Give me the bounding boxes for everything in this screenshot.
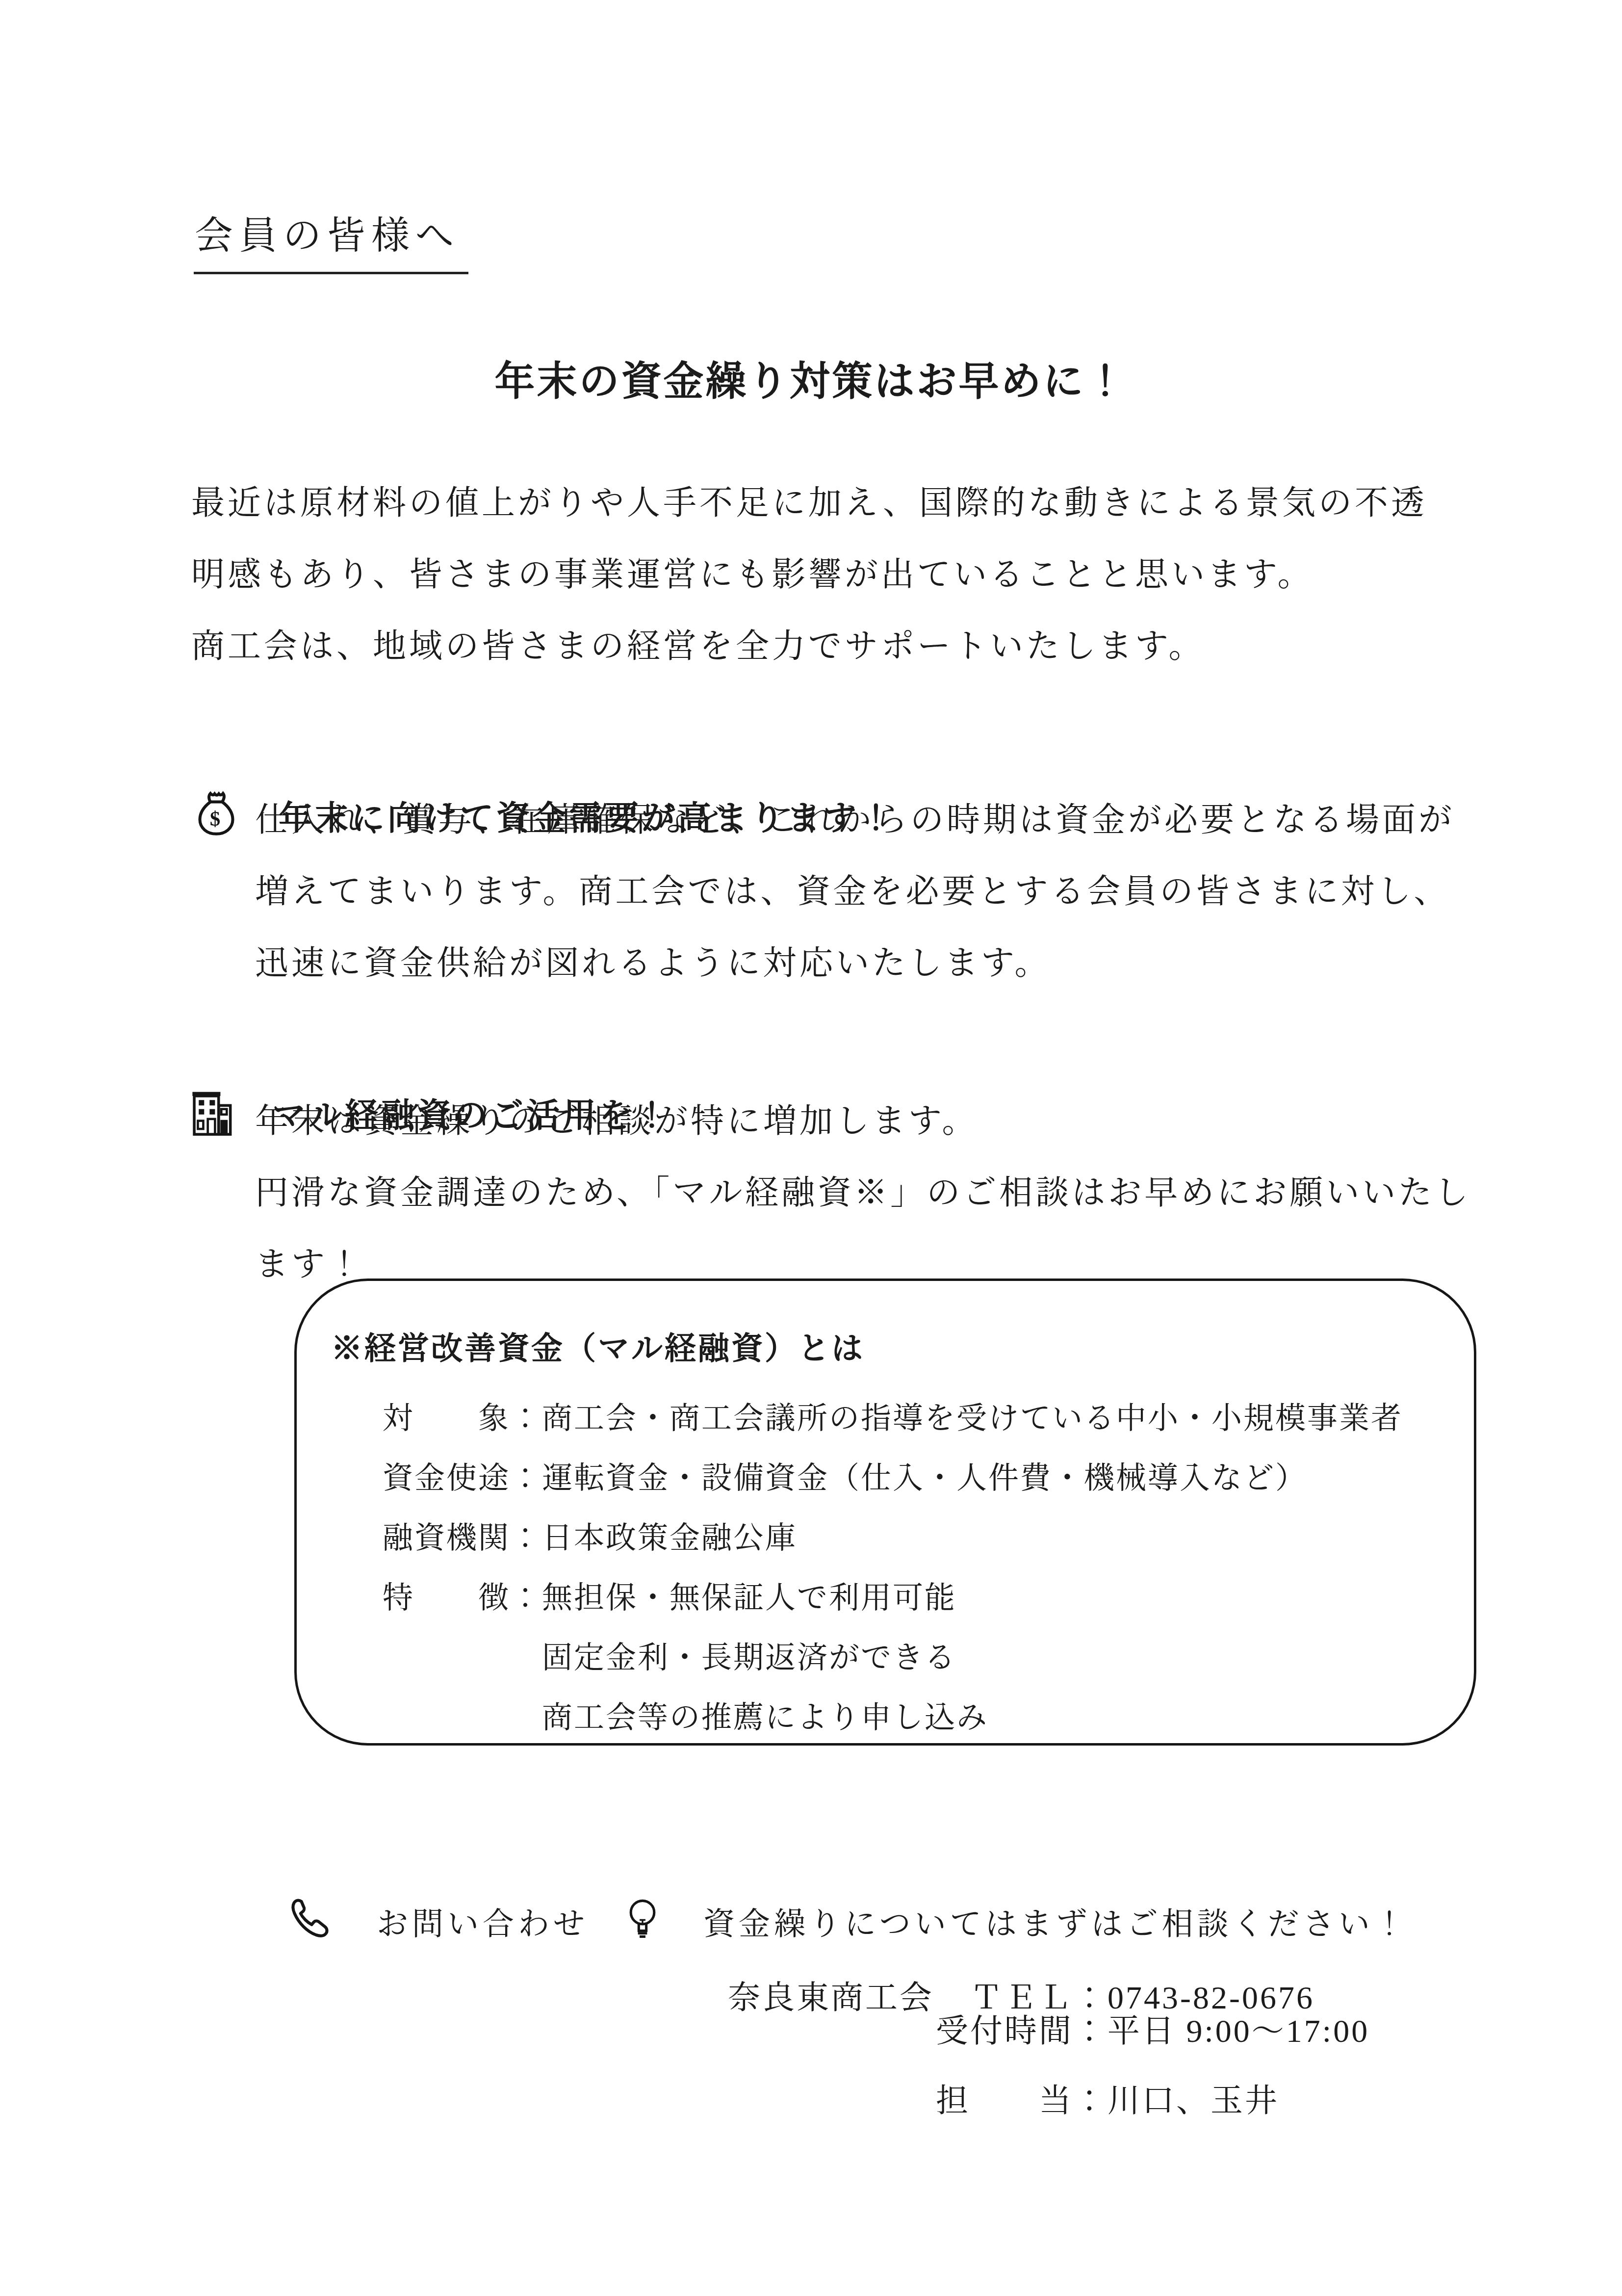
body-line: 仕入れ、賞与、在庫確保など、これからの時期は資金が必要となる場面が <box>255 784 1455 856</box>
staff-in-charge: 担 当：川口、玉井 <box>936 2074 1279 2121</box>
phone-icon <box>288 1821 359 2021</box>
intro-line: 商工会は、地域の皆さまの経営を全力でサポートいたします。 <box>191 610 1427 682</box>
body-line: 年末は資金繰りのご相談が特に増加します。 <box>255 1085 1471 1157</box>
info-box-line: 商工会等の推薦により申し込み <box>383 1688 1444 1748</box>
building-icon <box>189 1012 257 1214</box>
body-line: 増えてまいります。商工会では、資金を必要とする会員の皆さまに対し、 <box>255 856 1455 927</box>
document-page: 会員の皆様へ 年末の資金繰り対策はお早めに！ 最近は原材料の値上がりや人手不足に… <box>0 0 1622 2296</box>
intro-line: 明感もあり、皆さまの事業運営にも影響が出ていることと思います。 <box>191 539 1427 610</box>
intro-line: 最近は原材料の値上がりや人手不足に加え、国際的な動きによる景気の不透 <box>191 467 1427 539</box>
page-title: 年末の資金繰り対策はお早めに！ <box>0 349 1622 407</box>
office-hours: 受付時間：平日 9:00～17:00 <box>936 2005 1369 2051</box>
inquiry-label: お問い合わせ <box>377 1899 589 1944</box>
info-box-line: 固定金利・長期返済ができる <box>383 1628 1444 1688</box>
money-bag-icon: $ <box>195 712 263 918</box>
body-line: 迅速に資金供給が図れるように対応いたします。 <box>255 927 1455 999</box>
body-line: 円滑な資金調達のため、「マル経融資※」のご相談はお早めにお願いいたし <box>255 1157 1471 1228</box>
info-box-line: 資金使途：運転資金・設備資金（仕入・人件費・機械導入など） <box>383 1449 1444 1509</box>
intro-paragraph: 最近は原材料の値上がりや人手不足に加え、国際的な動きによる景気の不透 明感もあり… <box>191 467 1427 682</box>
section-marukei-body: 年末は資金繰りのご相談が特に増加します。 円滑な資金調達のため、「マル経融資※」… <box>255 1085 1471 1300</box>
org-name: 奈良東商工会 <box>728 1980 934 2016</box>
marukei-info-box: ※経営改善資金（マル経融資）とは 対 象：商工会・商工会議所の指導を受けている中… <box>294 1278 1476 1746</box>
info-box-line: 特 徴：無担保・無保証人で利用可能 <box>383 1568 1444 1628</box>
salutation: 会員の皆様へ <box>194 205 468 274</box>
svg-text:$: $ <box>210 808 223 831</box>
info-box-lines: 対 象：商工会・商工会議所の指導を受けている中小・小規模事業者 資金使途：運転資… <box>383 1389 1444 1748</box>
light-bulb-icon <box>626 1826 696 2017</box>
info-box-line: 融資機関：日本政策金融公庫 <box>383 1509 1444 1568</box>
section-funding-demand-body: 仕入れ、賞与、在庫確保など、これからの時期は資金が必要となる場面が 増えてまいり… <box>255 784 1455 999</box>
info-box-line: 対 象：商工会・商工会議所の指導を受けている中小・小規模事業者 <box>383 1389 1444 1449</box>
info-box-title: ※経営改善資金（マル経融資）とは <box>331 1323 1444 1368</box>
